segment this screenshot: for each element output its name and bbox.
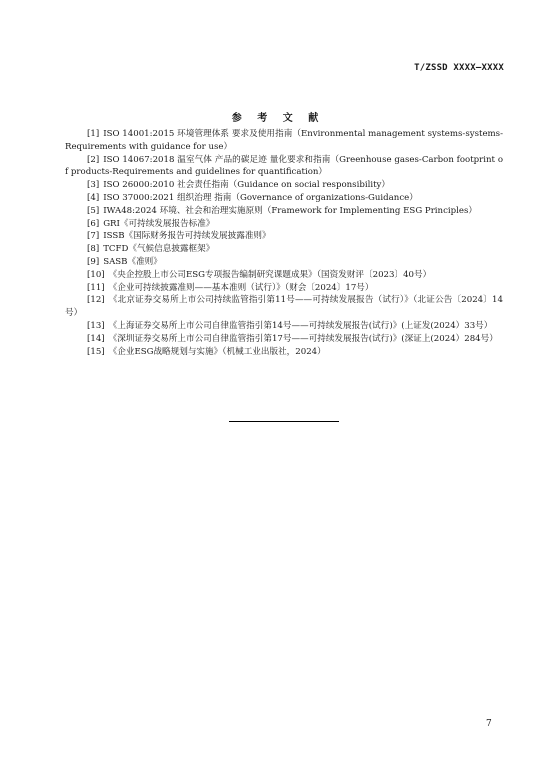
reference-text: 《北京证券交易所上市公司持续监管指引第11号——可持续发展报告（试行）》（北证公…: [65, 295, 503, 318]
reference-text: ISO 14067:2018 温室气体 产品的碳足迹 量化要求和指南（Green…: [65, 155, 503, 178]
reference-number: [2]: [87, 155, 99, 165]
reference-text: 《深圳证券交易所上市公司自律监管指引第17号——可持续发展报告(试行)》(深证上…: [109, 334, 498, 344]
reference-number: [7]: [87, 231, 99, 241]
page-number: 7: [486, 719, 492, 729]
reference-item: [15]《企业ESG战略规划与实施》（机械工业出版社，2024）: [65, 346, 503, 359]
reference-number: [15]: [87, 347, 105, 357]
section-title: 参 考 文 献: [0, 109, 556, 124]
reference-text: 《企业可持续披露准则——基本准则（试行）》（财会〔2024〕17号）: [109, 283, 374, 293]
reference-number: [13]: [87, 321, 105, 331]
reference-item: [12]《北京证券交易所上市公司持续监管指引第11号——可持续发展报告（试行）》…: [65, 294, 503, 320]
reference-number: [11]: [87, 283, 105, 293]
reference-item: [2]ISO 14067:2018 温室气体 产品的碳足迹 量化要求和指南（Gr…: [65, 154, 503, 180]
reference-number: [1]: [87, 129, 99, 139]
reference-number: [14]: [87, 334, 105, 344]
reference-item: [13]《上海证券交易所上市公司自律监管指引第14号——可持续发展报告(试行)》…: [65, 320, 503, 333]
reference-item: [8]TCFD《气候信息披露框架》: [65, 243, 503, 256]
reference-number: [4]: [87, 193, 99, 203]
reference-text: ISO 37000:2021 组织治理 指南（Governance of org…: [103, 193, 418, 203]
reference-text: 《央企控股上市公司ESG专项报告编制研究课题成果》（国资发财评〔2023〕40号…: [109, 270, 432, 280]
reference-item: [9]SASB《准则》: [65, 256, 503, 269]
reference-number: [8]: [87, 244, 99, 254]
reference-number: [9]: [87, 257, 99, 267]
end-separator-line: [229, 421, 339, 422]
reference-text: GRI《可持续发展报告标准》: [103, 219, 214, 229]
reference-item: [4]ISO 37000:2021 组织治理 指南（Governance of …: [65, 192, 503, 205]
reference-item: [10]《央企控股上市公司ESG专项报告编制研究课题成果》（国资发财评〔2023…: [65, 269, 503, 282]
reference-number: [12]: [87, 295, 105, 305]
reference-item: [1]ISO 14001:2015 环境管理体系 要求及使用指南（Environ…: [65, 128, 503, 154]
reference-text: 《上海证券交易所上市公司自律监管指引第14号——可持续发展报告(试行)》(上证发…: [109, 321, 493, 331]
reference-item: [6]GRI《可持续发展报告标准》: [65, 218, 503, 231]
reference-item: [11]《企业可持续披露准则——基本准则（试行）》（财会〔2024〕17号）: [65, 282, 503, 295]
reference-text: TCFD《气候信息披露框架》: [103, 244, 214, 254]
reference-text: 《企业ESG战略规划与实施》（机械工业出版社，2024）: [109, 347, 326, 357]
standard-code-header: T/ZSSD XXXX—XXXX: [414, 63, 504, 73]
reference-text: SASB《准则》: [103, 257, 162, 267]
reference-item: [5]IWA48:2024 环境、社会和治理实施原则（Framework for…: [65, 205, 503, 218]
reference-item: [7]ISSB《国际财务报告可持续发展披露准则》: [65, 230, 503, 243]
reference-item: [3]ISO 26000:2010 社会责任指南（Guidance on soc…: [65, 179, 503, 192]
reference-text: ISO 14001:2015 环境管理体系 要求及使用指南（Environmen…: [65, 129, 503, 152]
reference-number: [3]: [87, 180, 99, 190]
reference-number: [5]: [87, 206, 99, 216]
reference-text: ISO 26000:2010 社会责任指南（Guidance on social…: [103, 180, 390, 190]
reference-item: [14]《深圳证券交易所上市公司自律监管指引第17号——可持续发展报告(试行)》…: [65, 333, 503, 346]
reference-number: [6]: [87, 219, 99, 229]
reference-list: [1]ISO 14001:2015 环境管理体系 要求及使用指南（Environ…: [65, 128, 503, 358]
reference-text: ISSB《国际财务报告可持续发展披露准则》: [103, 231, 270, 241]
reference-number: [10]: [87, 270, 105, 280]
reference-text: IWA48:2024 环境、社会和治理实施原则（Framework for Im…: [103, 206, 477, 216]
